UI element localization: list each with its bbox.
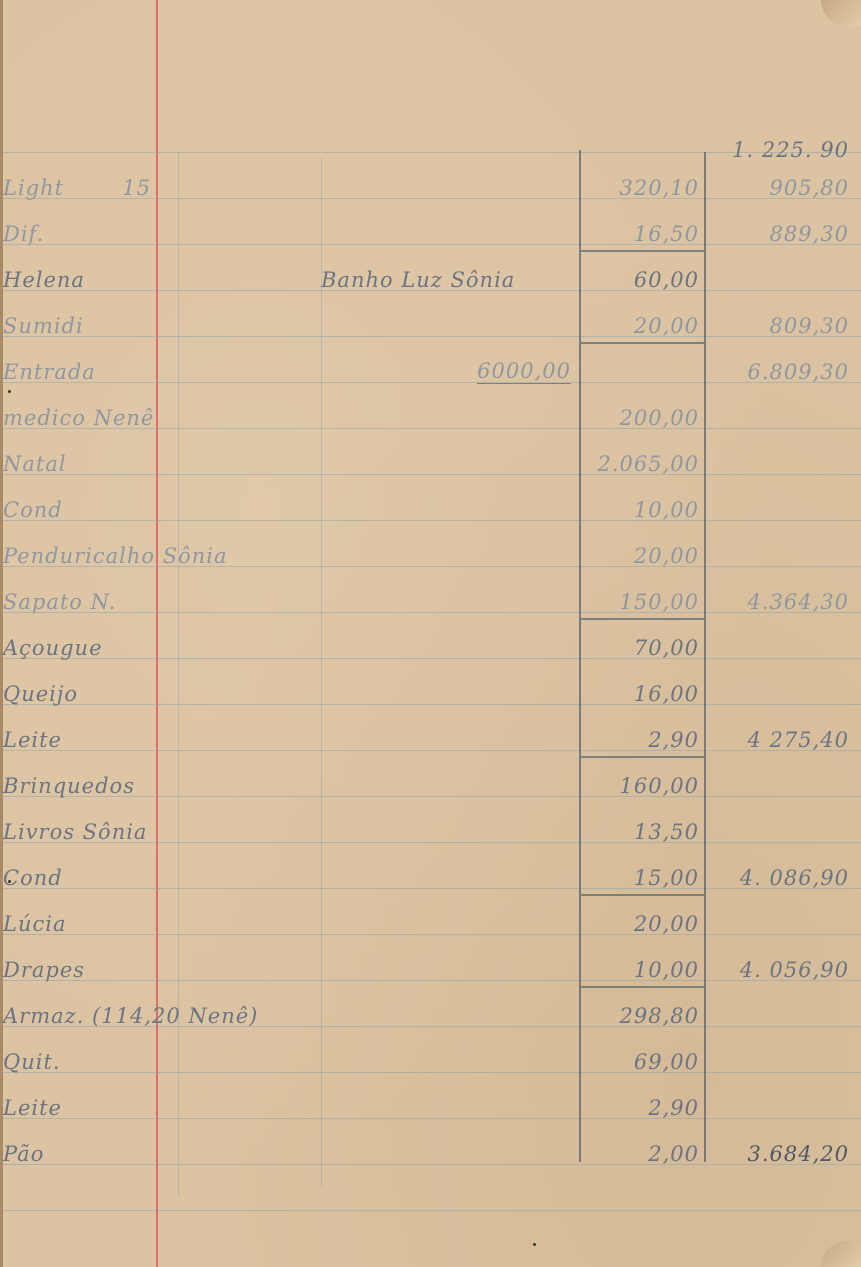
item-description: Açougue	[3, 636, 103, 660]
subtotal-underline	[581, 250, 704, 252]
opening-balance-row: 1. 225. 90	[3, 126, 861, 166]
expense-amount: 320,10	[620, 176, 699, 200]
page-corner-curl-bottom	[821, 1241, 861, 1267]
running-balance: 905,80	[770, 176, 849, 200]
expense-amount: 16,00	[634, 682, 699, 706]
item-description: Sumidi	[3, 314, 84, 338]
running-balance: 889,30	[770, 222, 849, 246]
subtotal-underline	[581, 342, 704, 344]
item-description: Penduricalho Sônia	[3, 544, 228, 568]
subtotal-underline	[581, 756, 704, 758]
page-corner-curl-top	[821, 0, 861, 26]
item-description: Brinquedos	[3, 774, 135, 798]
ledger-row: Natal2.065,00	[3, 440, 861, 480]
item-description: Light	[3, 176, 64, 200]
expense-amount: 20,00	[634, 544, 699, 568]
ledger-row: Armaz. (114,20 Nenê)298,80	[3, 992, 861, 1032]
item-description: Armaz. (114,20 Nenê)	[3, 1004, 258, 1028]
day-number: 15	[115, 176, 151, 200]
item-description: Drapes	[3, 958, 85, 982]
ledger-row: Lúcia20,00	[3, 900, 861, 940]
item-description: Natal	[3, 452, 67, 476]
item-description: Leite	[3, 1096, 62, 1120]
expense-amount: 15,00	[634, 866, 699, 890]
ledger-row: Drapes10,004. 056,90	[3, 946, 861, 986]
running-balance: 4. 086,90	[740, 866, 849, 890]
income-entry: 6000,00	[477, 359, 571, 384]
item-description: Sapato N.	[3, 590, 116, 614]
running-balance: 4.364,30	[747, 590, 849, 614]
ledger-row: Sumidi20,00809,30	[3, 302, 861, 342]
item-description: Entrada	[3, 360, 96, 384]
item-description: Livros Sônia	[3, 820, 147, 844]
ledger-row: Quit.69,00	[3, 1038, 861, 1078]
ledger-row: Penduricalho Sônia20,00	[3, 532, 861, 572]
ledger-row: Dif.16,50889,30	[3, 210, 861, 250]
ledger-row: medico Nenê200,00	[3, 394, 861, 434]
ledger-row: HelenaBanho Luz Sônia60,00	[3, 256, 861, 296]
expense-amount: 16,50	[634, 222, 699, 246]
ledger-row: Leite2,904 275,40	[3, 716, 861, 756]
subtotal-underline	[581, 986, 704, 988]
running-balance: 809,30	[770, 314, 849, 338]
expense-amount: 298,80	[620, 1004, 699, 1028]
ledger-row: Entrada6000,006.809,30	[3, 348, 861, 388]
expense-amount: 200,00	[620, 406, 699, 430]
item-description: Helena	[3, 268, 85, 292]
ledger-row: Pão2,003.684,20	[3, 1130, 861, 1170]
running-balance: 3.684,20	[747, 1142, 849, 1166]
expense-amount: 20,00	[634, 912, 699, 936]
ledger-page: 1. 225. 90 15Light320,10905,80Dif.16,508…	[0, 0, 861, 1267]
expense-amount: 160,00	[620, 774, 699, 798]
ledger-row: Sapato N.150,004.364,30	[3, 578, 861, 618]
item-note: Banho Luz Sônia	[321, 268, 515, 292]
item-description: Queijo	[3, 682, 78, 706]
expense-amount: 70,00	[634, 636, 699, 660]
ledger-row: Açougue70,00	[3, 624, 861, 664]
ink-speck	[533, 1243, 536, 1246]
item-description: Pão	[3, 1142, 44, 1166]
expense-amount: 2,90	[648, 728, 699, 752]
expense-amount: 10,00	[634, 498, 699, 522]
ledger-row: Brinquedos160,00	[3, 762, 861, 802]
expense-amount: 13,50	[634, 820, 699, 844]
expense-amount: 69,00	[634, 1050, 699, 1074]
item-description: Cond	[3, 498, 63, 522]
subtotal-underline	[581, 618, 704, 620]
ledger-row: Cond10,00	[3, 486, 861, 526]
ledger-row: Leite2,90	[3, 1084, 861, 1124]
expense-amount: 10,00	[634, 958, 699, 982]
expense-amount: 2,90	[648, 1096, 699, 1120]
item-description: Dif.	[3, 222, 44, 246]
ledger-row: Queijo16,00	[3, 670, 861, 710]
binding-hole	[8, 390, 11, 393]
ruled-line	[3, 1210, 861, 1211]
subtotal-underline	[581, 894, 704, 896]
expense-amount: 150,00	[620, 590, 699, 614]
item-description: Cond	[3, 866, 63, 890]
expense-amount: 20,00	[634, 314, 699, 338]
item-description: Leite	[3, 728, 62, 752]
ledger-row: Cond15,004. 086,90	[3, 854, 861, 894]
item-description: Quit.	[3, 1050, 61, 1074]
expense-amount: 2.065,00	[597, 452, 699, 476]
item-description: medico Nenê	[3, 406, 154, 430]
ledger-row: Livros Sônia13,50	[3, 808, 861, 848]
expense-amount: 60,00	[634, 268, 699, 292]
item-description: Lúcia	[3, 912, 66, 936]
running-balance: 6.809,30	[747, 360, 849, 384]
running-balance: 4 275,40	[747, 728, 849, 752]
ledger-row: 15Light320,10905,80	[3, 164, 861, 204]
opening-balance: 1. 225. 90	[732, 138, 849, 162]
expense-amount: 2,00	[648, 1142, 699, 1166]
running-balance: 4. 056,90	[740, 958, 849, 982]
binding-hole	[8, 880, 11, 883]
